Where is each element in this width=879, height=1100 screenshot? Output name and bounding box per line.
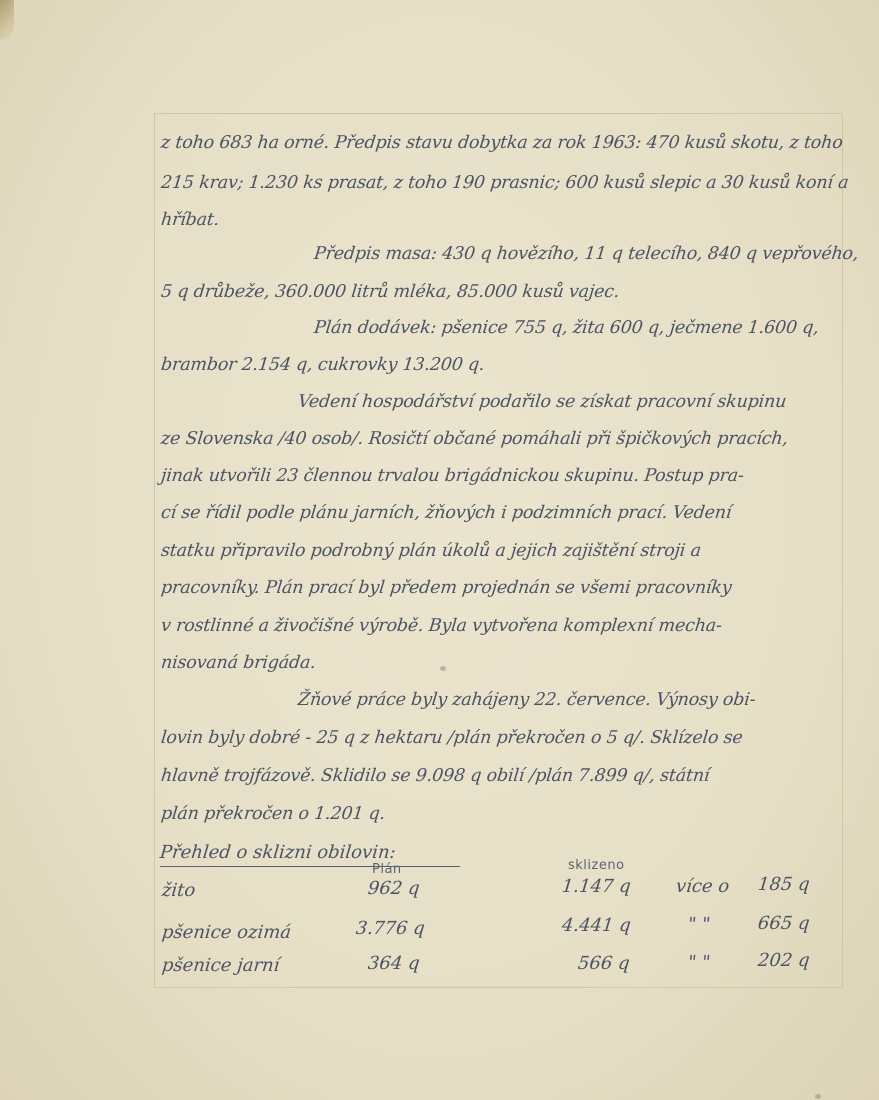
summary-plan: 962 q (367, 878, 421, 899)
text-line: 215 krav; 1.230 ks prasat, z toho 190 pr… (160, 173, 849, 193)
summary-diff-prefix: " " (687, 952, 711, 973)
column-header-plan: Plán (372, 862, 402, 877)
text-line: Žňové práce byly zahájeny 22. července. … (297, 690, 756, 710)
summary-harvested: 4.441 q (561, 915, 632, 936)
text-line: v rostlinné a živočišné výrobě. Byla vyt… (160, 616, 723, 636)
column-header-harvested: sklizeno (568, 858, 625, 873)
summary-harvested: 566 q (577, 953, 631, 974)
summary-title: Přehled o sklizni obilovin: (159, 842, 397, 863)
text-line: statku připravilo podrobný plán úkolů a … (160, 541, 702, 561)
text-line: hlavně trojfázově. Sklidilo se 9.098 q o… (160, 766, 710, 786)
text-line: plán překročen o 1.201 q. (160, 804, 386, 824)
ink-smudge (440, 666, 446, 671)
text-line: hříbat. (160, 210, 220, 230)
text-line: nisovaná brigáda. (160, 653, 317, 673)
text-line: lovin byly dobré - 25 q z hektaru /plán … (160, 728, 744, 748)
summary-diff-prefix: " " (687, 914, 711, 935)
text-line: brambor 2.154 q, cukrovky 13.200 q. (160, 355, 485, 375)
text-line: Vedení hospodářství podařilo se získat p… (297, 392, 787, 412)
summary-plan: 364 q (367, 953, 421, 974)
summary-diff-prefix: více o (675, 876, 730, 897)
summary-diff: 185 q (757, 874, 811, 895)
text-line: ze Slovenska /40 osob/. Rosičtí občané p… (160, 429, 789, 449)
text-line: cí se řídil podle plánu jarních, žňových… (160, 503, 732, 523)
summary-crop: pšenice jarní (161, 955, 281, 976)
summary-crop: žito (161, 880, 197, 901)
summary-harvested: 1.147 q (561, 876, 632, 897)
summary-crop: pšenice ozimá (161, 922, 292, 943)
summary-underline (160, 866, 460, 867)
text-line: pracovníky. Plán prací byl předem projed… (160, 578, 732, 598)
text-line: 5 q drůbeže, 360.000 litrů mléka, 85.000… (160, 282, 620, 302)
text-line: z toho 683 ha orné. Předpis stavu dobytk… (160, 133, 844, 153)
summary-diff: 202 q (757, 950, 811, 971)
document-page: z toho 683 ha orné. Předpis stavu dobytk… (0, 0, 879, 1100)
summary-plan: 3.776 q (355, 918, 426, 939)
summary-diff: 665 q (757, 913, 811, 934)
text-line: jinak utvořili 23 člennou trvalou brigád… (160, 466, 745, 486)
text-line: Plán dodávek: pšenice 755 q, žita 600 q,… (313, 318, 820, 338)
page-corner-shadow (0, 0, 14, 40)
text-line: Předpis masa: 430 q hovězího, 11 q telec… (313, 244, 859, 264)
ink-smudge (815, 1094, 821, 1099)
